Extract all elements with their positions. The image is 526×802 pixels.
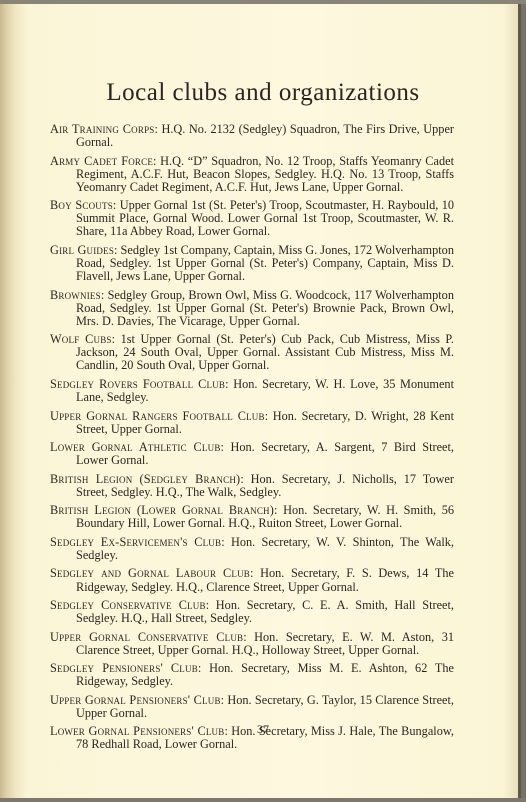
scan-bottom-edge xyxy=(0,798,526,802)
organization-name: Lower Gornal Athletic Club xyxy=(50,440,221,454)
organization-name: Air Training Corps xyxy=(50,122,155,136)
list-item: Sedgley Pensioners' Club: Hon. Secretary… xyxy=(50,662,454,688)
organization-name: Sedgley Conservative Club xyxy=(50,598,206,612)
list-item: Air Training Corps: H.Q. No. 2132 (Sedgl… xyxy=(50,123,454,149)
list-item: Sedgley and Gornal Labour Club: Hon. Sec… xyxy=(50,567,454,593)
organization-name: Sedgley and Gornal Labour Club xyxy=(50,566,250,580)
organization-name: British Legion (Lower Gornal Branch) xyxy=(50,503,274,517)
organization-name: Girl Guides xyxy=(50,243,114,257)
list-item: Brownies: Sedgley Group, Brown Owl, Miss… xyxy=(50,289,454,328)
organization-name: Brownies xyxy=(50,288,101,302)
book-page: Local clubs and organizations Air Traini… xyxy=(0,4,521,798)
organization-name: British Legion (Sedgley Branch) xyxy=(50,472,240,486)
list-item: Lower Gornal Athletic Club: Hon. Secreta… xyxy=(50,441,454,467)
organization-name: Sedgley Rovers Football Club xyxy=(50,377,225,391)
list-item: Sedgley Conservative Club: Hon. Secretar… xyxy=(50,599,454,625)
organization-name: Wolf Cubs xyxy=(50,332,112,346)
organization-name: Army Cadet Force xyxy=(50,154,153,168)
list-item: Boy Scouts: Upper Gornal 1st (St. Peter'… xyxy=(50,199,454,238)
organization-list: Air Training Corps: H.Q. No. 2132 (Sedgl… xyxy=(50,123,454,757)
page-number: 37 xyxy=(0,722,526,737)
list-item: Army Cadet Force: H.Q. “D” Squadron, No.… xyxy=(50,155,454,194)
organization-name: Upper Gornal Conservative Club xyxy=(50,630,243,644)
organization-details: Upper Gornal 1st (St. Peter's) Troop, Sc… xyxy=(76,198,454,238)
list-item: Wolf Cubs: 1st Upper Gornal (St. Peter's… xyxy=(50,333,454,372)
list-item: Sedgley Ex-Servicemen's Club: Hon. Secre… xyxy=(50,536,454,562)
list-item: British Legion (Sedgley Branch): Hon. Se… xyxy=(50,473,454,499)
list-item: Girl Guides: Sedgley 1st Company, Captai… xyxy=(50,244,454,283)
organization-name: Sedgley Ex-Servicemen's Club xyxy=(50,535,221,549)
list-item: Sedgley Rovers Football Club: Hon. Secre… xyxy=(50,378,454,404)
organization-details: Sedgley Group, Brown Owl, Miss G. Woodco… xyxy=(76,288,454,328)
list-item: British Legion (Lower Gornal Branch): Ho… xyxy=(50,504,454,530)
list-item: Upper Gornal Rangers Football Club: Hon.… xyxy=(50,410,454,436)
page-title: Local clubs and organizations xyxy=(0,79,526,107)
list-item: Upper Gornal Pensioners' Club: Hon. Secr… xyxy=(50,694,454,720)
organization-details: Sedgley 1st Company, Captain, Miss G. Jo… xyxy=(76,243,454,283)
organization-name: Upper Gornal Rangers Football Club xyxy=(50,409,265,423)
organization-details: 1st Upper Gornal (St. Peter's) Cub Pack,… xyxy=(76,332,454,372)
organization-name: Upper Gornal Pensioners' Club xyxy=(50,693,221,707)
organization-name: Boy Scouts xyxy=(50,198,113,212)
organization-name: Sedgley Pensioners' Club xyxy=(50,661,198,675)
list-item: Upper Gornal Conservative Club: Hon. Sec… xyxy=(50,631,454,657)
